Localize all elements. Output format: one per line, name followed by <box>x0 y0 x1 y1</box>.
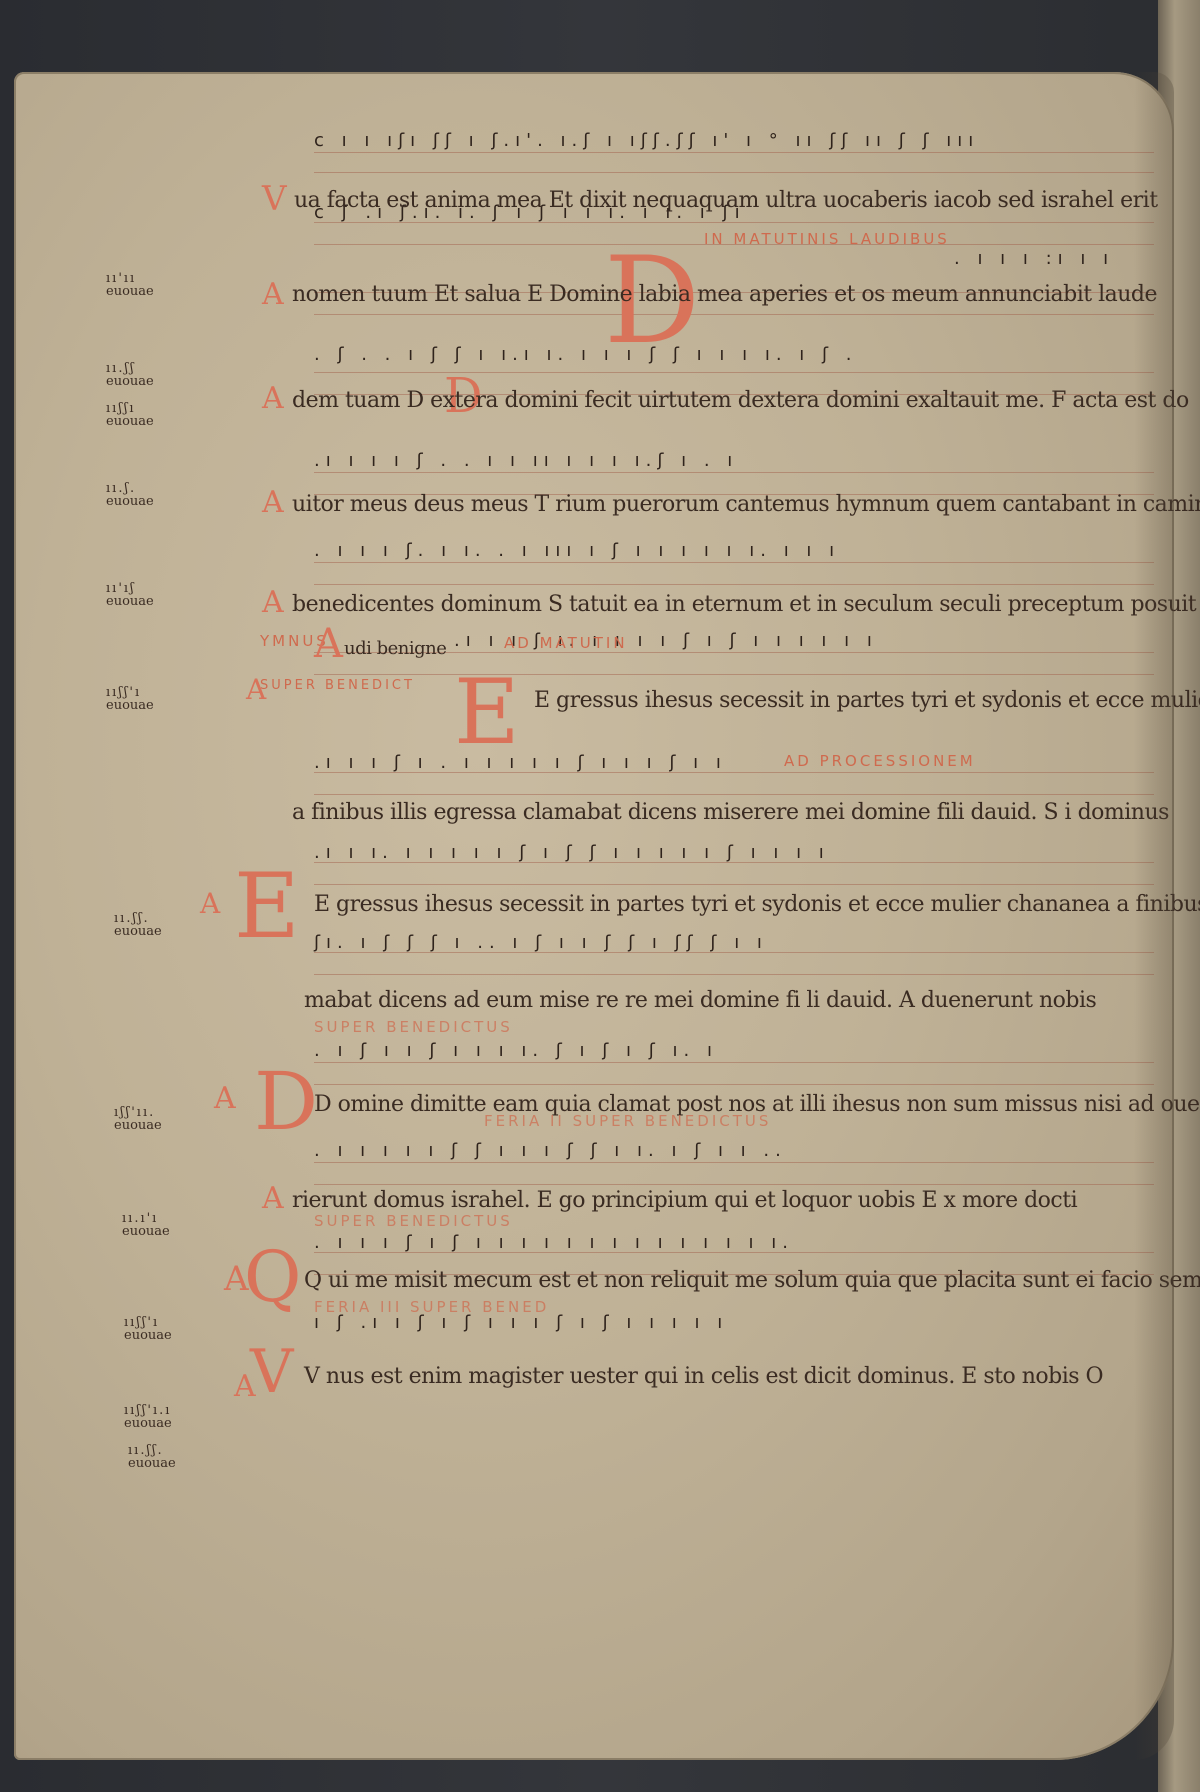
chant-text-line: nomen tuum Et salua E Domine labia mea a… <box>292 282 1157 307</box>
red-initial-a: A <box>214 1084 236 1114</box>
staff-rule <box>314 172 1154 173</box>
margin-differentia: ııʃʃ'ı.ıeuouae <box>124 1404 172 1430</box>
large-red-initial-q: Q <box>244 1242 301 1312</box>
chant-text-line: mabat dicens ad eum mise re re mei domin… <box>304 988 1096 1013</box>
margin-differentia: ıı.ʃ.euouae <box>106 482 154 508</box>
staff-rule <box>314 674 1154 675</box>
margin-differentia: ııʃʃ'ıeuouae <box>124 1316 172 1342</box>
margin-differentia: ıı'ııeuouae <box>106 272 154 298</box>
neume-row: . ı ı ı ı ı ʃ ʃ ı ı ı ʃ ʃ ı ı. ı ʃ ı ı .… <box>314 1140 787 1161</box>
chant-text-line: benedicentes dominum S tatuit ea in eter… <box>292 592 1200 617</box>
manuscript-page: c ı ı ıʃı ʃʃ ı ʃ.ı'. ı.ʃ ı ıʃʃ.ʃʃ ı' ı °… <box>14 72 1174 1760</box>
red-initial-a: A <box>200 890 220 918</box>
large-red-initial-v: V <box>250 1342 293 1402</box>
staff-rule <box>314 884 1154 885</box>
red-initial-a: A <box>246 676 266 704</box>
staff-rule <box>314 584 1154 585</box>
neume-row: . ı ı ı :ı ı ı <box>954 248 1114 269</box>
margin-differentia: ıı.ʃʃ.euouae <box>114 912 162 938</box>
neume-row: .ı ı ı ʃ ı . ı ı ı ı ı ʃ ı ı ı ʃ ı ı <box>314 752 727 773</box>
red-initial-a: A <box>262 1184 284 1214</box>
red-initial-a: A <box>314 624 343 664</box>
staff-rule <box>314 472 1154 473</box>
staff-rule <box>314 1062 1154 1063</box>
margin-differentia: ıʃʃ'ıı.euouae <box>114 1106 162 1132</box>
large-red-initial-e: E <box>234 862 300 952</box>
staff-rule <box>314 1162 1154 1163</box>
red-initial-a: A <box>262 588 284 618</box>
chant-text-line: E gressus ihesus secessit in partes tyri… <box>314 892 1200 917</box>
neume-row: ʃı. ı ʃ ʃ ʃ ı .. ı ʃ ı ı ʃ ʃ ı ʃʃ ʃ ı ı <box>314 932 768 953</box>
chant-text-line: uitor meus deus meus T rium puerorum can… <box>292 492 1200 517</box>
margin-differentia: ıı.ʃʃeuouae <box>106 362 154 388</box>
rubric-label: AD MATUTIN <box>504 634 628 652</box>
red-initial-a: A <box>262 384 284 414</box>
rubric-label: SUPER BENEDICTUS <box>314 1212 513 1230</box>
rubric-label: FERIA II SUPER BENEDICTUS <box>484 1112 771 1130</box>
rubric-label: FERIA III SUPER BENED <box>314 1298 549 1316</box>
staff-rule <box>314 314 1154 315</box>
red-initial-v: V <box>262 182 287 216</box>
chant-text-line: udi benigne <box>344 638 446 659</box>
rubric-label: SUPER BENEDICTUS <box>314 1018 513 1036</box>
staff-rule <box>314 372 1154 373</box>
large-red-initial-d: D <box>254 1062 318 1142</box>
rubric-label: SUPER BENEDICT <box>260 678 415 693</box>
chant-text-line: ua facta est anima mea Et dixit nequaqua… <box>294 188 1158 213</box>
red-initial-a: A <box>262 488 284 518</box>
neume-row: c ı ı ıʃı ʃʃ ı ʃ.ı'. ı.ʃ ı ıʃʃ.ʃʃ ı' ı °… <box>314 130 979 151</box>
neume-row: . ı ı ı ʃ. ı ı. . ı ııı ı ʃ ı ı ı ı ı ı.… <box>314 540 840 561</box>
neume-row: .ı ı ı ı ʃ . . ı ı ıı ı ı ı ı.ʃ ı . ı <box>314 450 738 471</box>
margin-differentia: ıı'ıʃeuouae <box>106 582 154 608</box>
neume-row: . ı ı ı ʃ ı ʃ ı ı ı ı ı ı ı ı ı ı ı ı ı … <box>314 1232 794 1253</box>
rubric-label: IN MATUTINIS LAUDIBUS <box>704 230 950 248</box>
staff-rule <box>314 1084 1154 1085</box>
margin-differentia: ııʃʃıeuouae <box>106 402 154 428</box>
rubric-label: AD PROCESSIONEM <box>784 752 976 770</box>
chant-text-line: dem tuam D extera domini fecit uirtutem … <box>292 388 1189 413</box>
chant-text-line: rierunt domus israhel. E go principium q… <box>292 1188 1077 1213</box>
margin-differentia: ıı.ı'ıeuouae <box>122 1212 170 1238</box>
large-red-initial-e: E <box>454 668 520 758</box>
staff-rule <box>314 562 1154 563</box>
chant-text-line: a finibus illis egressa clamabat dicens … <box>292 800 1169 825</box>
chant-text-line: E gressus ihesus secessit in partes tyri… <box>534 688 1200 713</box>
staff-rule <box>314 974 1154 975</box>
chant-text-line: Q ui me misit mecum est et non reliquit … <box>304 1268 1200 1293</box>
staff-rule <box>314 152 1154 153</box>
staff-rule <box>314 794 1154 795</box>
margin-differentia: ıı.ʃʃ.euouae <box>128 1444 176 1470</box>
neume-row: .ı ı ı. ı ı ı ı ı ʃ ı ʃ ʃ ı ı ı ı ı ʃ ı … <box>314 842 830 863</box>
neume-row: . ʃ . . ı ʃ ʃ ı ı.ı ı. ı ı ı ʃ ʃ ı ı ı ı… <box>314 344 858 365</box>
margin-differentia: ııʃʃ'ıeuouae <box>106 686 154 712</box>
neume-row: . ı ʃ ı ı ʃ ı ı ı ı. ʃ ı ʃ ı ʃ ı. ı <box>314 1040 718 1061</box>
red-initial-a: A <box>262 280 284 310</box>
staff-rule <box>314 1184 1154 1185</box>
chant-text-line: V nus est enim magister uester qui in ce… <box>304 1364 1103 1389</box>
